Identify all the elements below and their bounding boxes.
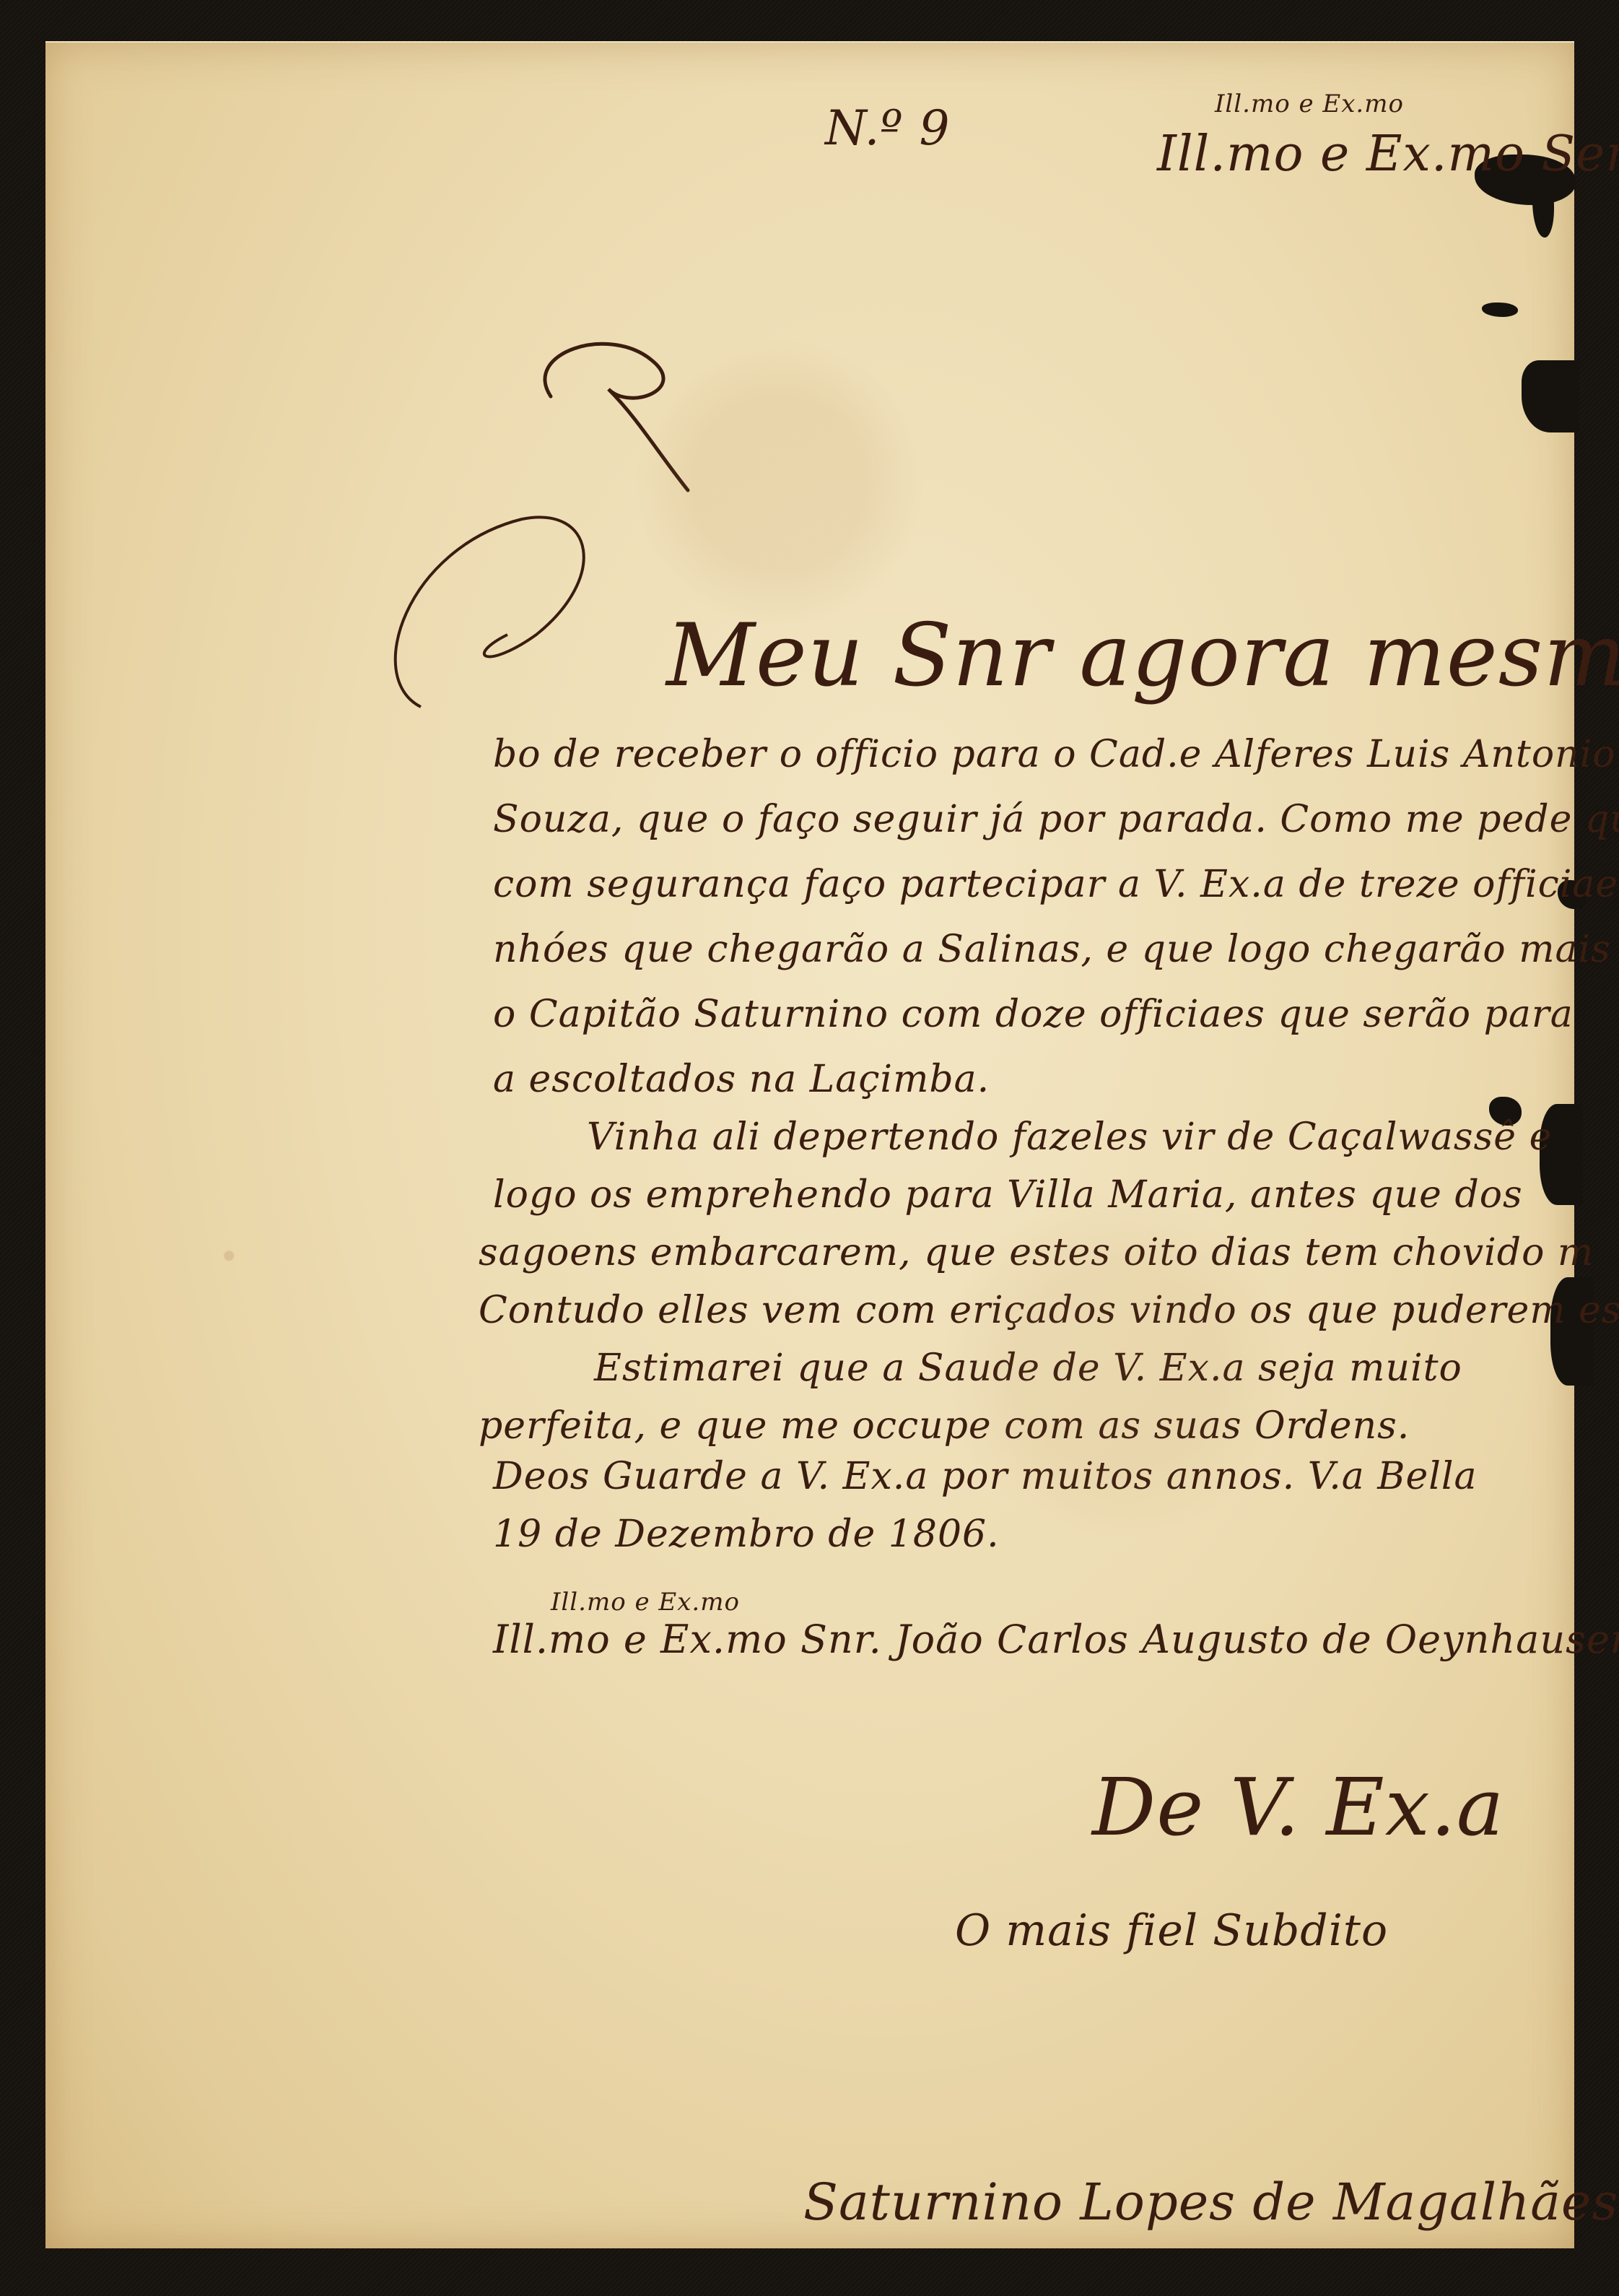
body-line: Vinha ali depertendo fazeles vir de Caça… [587,1118,1552,1156]
opening-line: Meu Snr agora mesmo aca [666,606,1619,706]
body-line: sagoens embarcarem, que estes oito dias … [479,1234,1594,1271]
body-line: Deos Guarde a V. Ex.a por muitos annos. … [493,1458,1478,1495]
edge-tear [1522,360,1579,432]
body-line: nhóes que chegarão a Salinas, e que logo… [493,931,1611,968]
body-line: Souza, que o faço seguir já por parada. … [493,801,1619,838]
closing-formula: De V. Ex.a [1092,1761,1504,1853]
ornamental-flourish-icon [522,310,738,512]
body-line: com segurança faço partecipar a V. Ex.a … [493,866,1619,903]
body-line: a escoltados na Laçimba. [493,1061,990,1098]
salutation: Ill.mo e Ex.mo Senhor [1157,126,1619,183]
body-line: Contudo elles vem com eriçados vindo os … [479,1292,1619,1329]
addressee-line: Ill.mo e Ex.mo Snr. João Carlos Augusto … [493,1617,1619,1662]
date-line: 19 de Dezembro de 1806. [493,1516,1000,1553]
body-line: o Capitão Saturnino com doze officiaes q… [493,996,1574,1033]
body-line: logo os emprehendo para Villa Maria, ant… [493,1176,1523,1214]
burn-damage [1482,303,1518,317]
letter-sheet: N.º 9 Ill.mo e Ex.mo Ill.mo e Ex.mo Senh… [45,41,1574,2248]
body-line: perfeita, e que me occupe com as suas Or… [479,1407,1410,1445]
closing-subscription: O mais fiel Subdito [955,1905,1388,1956]
addressee-superscript: Ill.mo e Ex.mo [551,1588,740,1617]
body-line: Estimarei que a Saude de V. Ex.a seja mu… [594,1349,1462,1387]
signature: Saturnino Lopes de Magalhães [803,2173,1618,2232]
salutation-superscript: Ill.mo e Ex.mo [1215,90,1404,118]
body-line: bo de receber o officio para o Cad.e Alf… [493,736,1619,773]
document-number: N.º 9 [825,100,951,156]
